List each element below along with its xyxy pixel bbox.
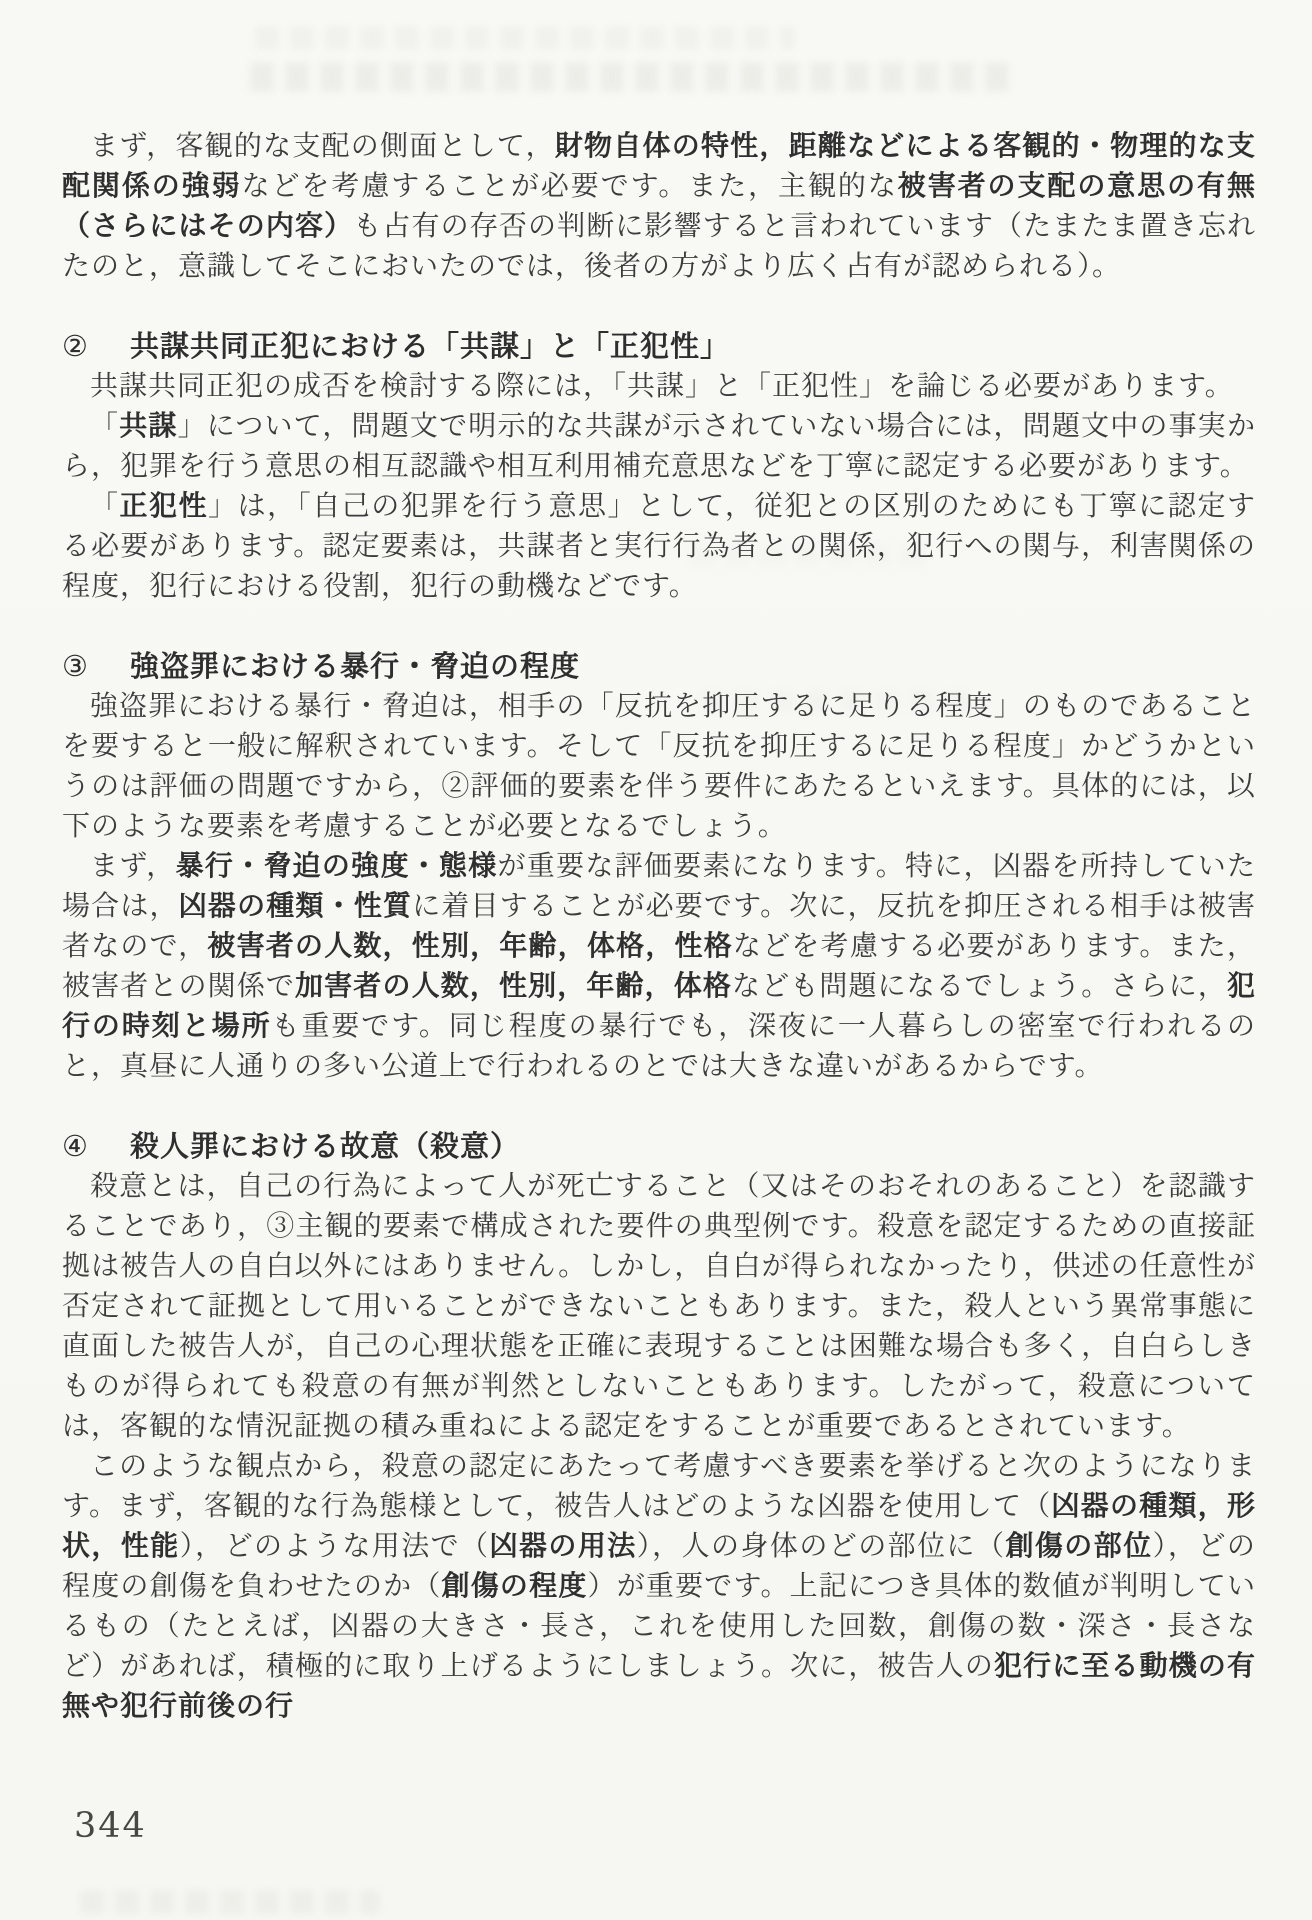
text-run: ），人の身体のどの部位に（ <box>637 1529 1006 1562</box>
section-heading: ③強盗罪における暴行・脅迫の程度 <box>62 646 1256 686</box>
emphasis-run: 被害者の人数，性別，年齢，体格，性格 <box>207 929 733 962</box>
text-run: 共謀共同正犯の成否を検討する際には，「共謀」と「正犯性」を論じる必要があります。 <box>90 369 1234 402</box>
section-title: 共謀共同正犯における「共謀」と「正犯性」 <box>130 329 730 363</box>
text-run: 」は，「自己の犯罪を行う意思」として，従犯との区別のためにも丁寧に認定する必要が… <box>62 489 1256 602</box>
text-run: ），どのような用法で（ <box>180 1529 490 1562</box>
page-number: 344 <box>74 1806 147 1846</box>
text-run: 「 <box>90 409 119 442</box>
page-content: まず，客観的な支配の側面として，財物自体の特性，距離などによる客観的・物理的な支… <box>62 126 1256 1726</box>
circled-number: ④ <box>62 1129 88 1163</box>
section-kyobo-kyodo-seihan: ②共謀共同正犯における「共謀」と「正犯性」 共謀共同正犯の成否を検討する際には，… <box>62 326 1256 606</box>
section-heading: ④殺人罪における故意（殺意） <box>62 1126 1256 1166</box>
section-title: 殺人罪における故意（殺意） <box>130 1129 520 1163</box>
emphasis-run: 加害者の人数，性別，年齢，体格 <box>295 969 732 1002</box>
emphasis-run: 凶器の種類・性質 <box>179 889 412 922</box>
bleed-through-smudge <box>250 62 1010 92</box>
text-run: 」について，問題文で明示的な共謀が示されていない場合には，問題文中の事実から，犯… <box>62 409 1256 482</box>
book-page: まず，客観的な支配の側面として，財物自体の特性，距離などによる客観的・物理的な支… <box>0 0 1312 1920</box>
section-heading: ②共謀共同正犯における「共謀」と「正犯性」 <box>62 326 1256 366</box>
paragraph: 強盗罪における暴行・脅迫は，相手の「反抗を抑圧するに足りる程度」のものであること… <box>62 686 1256 846</box>
paragraph: 共謀共同正犯の成否を検討する際には，「共謀」と「正犯性」を論じる必要があります。 <box>62 366 1256 406</box>
paragraph: このような観点から，殺意の認定にあたって考慮すべき要素を挙げると次のようになりま… <box>62 1446 1256 1726</box>
paragraph: 「正犯性」は，「自己の犯罪を行う意思」として，従犯との区別のためにも丁寧に認定す… <box>62 486 1256 606</box>
emphasis-run: 正犯性 <box>120 489 209 522</box>
section-title: 強盗罪における暴行・脅迫の程度 <box>130 649 580 683</box>
emphasis-run: 創傷の部位 <box>1005 1529 1152 1562</box>
text-run: まず， <box>90 849 176 882</box>
paragraph: まず，暴行・脅迫の強度・態様が重要な評価要素になります。特に，凶器を所持していた… <box>62 846 1256 1086</box>
emphasis-run: 暴行・脅迫の強度・態様 <box>176 849 498 882</box>
emphasis-run: 共謀 <box>119 409 177 442</box>
text-run: 「 <box>90 489 120 522</box>
text-run: 殺意とは，自己の行為によって人が死亡すること（又はそのおそれのあること）を認識す… <box>62 1169 1256 1442</box>
circled-number: ③ <box>62 649 88 683</box>
bleed-through-smudge <box>255 26 795 50</box>
circled-number: ② <box>62 329 88 363</box>
section-goto-zai: ③強盗罪における暴行・脅迫の程度 強盗罪における暴行・脅迫は，相手の「反抗を抑圧… <box>62 646 1256 1086</box>
section-satsujin-zai: ④殺人罪における故意（殺意） 殺意とは，自己の行為によって人が死亡すること（又は… <box>62 1126 1256 1726</box>
emphasis-run: 凶器の用法 <box>490 1529 637 1562</box>
text-run: まず，客観的な支配の側面として， <box>90 129 555 162</box>
intro-paragraph: まず，客観的な支配の側面として，財物自体の特性，距離などによる客観的・物理的な支… <box>62 126 1256 286</box>
text-run: なども問題になるでしょう。さらに， <box>732 969 1227 1002</box>
text-run: 強盗罪における暴行・脅迫は，相手の「反抗を抑圧するに足りる程度」のものであること… <box>62 689 1256 842</box>
text-run: などを考慮することが必要です。また，主観的な <box>242 169 898 202</box>
emphasis-run: 創傷の程度 <box>442 1569 588 1602</box>
bleed-through-smudge <box>80 1890 380 1914</box>
paragraph: 殺意とは，自己の行為によって人が死亡すること（又はそのおそれのあること）を認識す… <box>62 1166 1256 1446</box>
paragraph: 「共謀」について，問題文で明示的な共謀が示されていない場合には，問題文中の事実か… <box>62 406 1256 486</box>
